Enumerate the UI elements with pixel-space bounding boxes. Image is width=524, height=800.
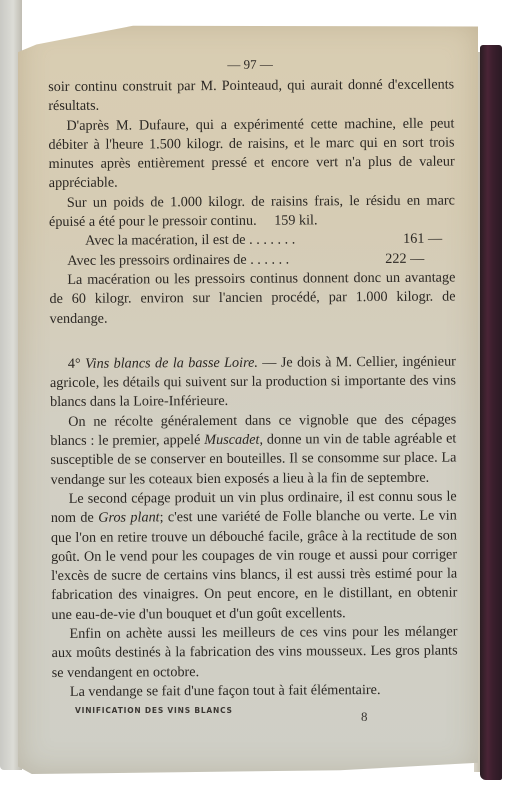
- row-label: Avec les pressoirs ordinaires de . . . .…: [67, 250, 385, 271]
- row-label: Avec la macération, il est de . . . . . …: [67, 230, 385, 251]
- book-spine: [480, 45, 502, 780]
- emphasis-gros-plant: Gros plant: [98, 510, 160, 526]
- row-value: 161 —: [385, 230, 455, 250]
- emphasis-muscadet: Muscadet: [204, 432, 259, 448]
- section-number: 4°: [68, 356, 81, 372]
- page-text: — 97 — soir continu construit par M. Poi…: [48, 56, 458, 703]
- table-row: Avec la macération, il est de . . . . . …: [49, 230, 455, 252]
- section-4-paragraph: 4° Vins blancs de la basse Loire. — Je d…: [50, 352, 456, 412]
- paragraph-8: Enfin on achète aussi les meilleurs de c…: [51, 623, 457, 683]
- page-number: — 97 —: [220, 55, 280, 75]
- paragraph-1: soir continu construit par M. Pointeaud,…: [48, 76, 454, 117]
- paragraph-4: La macération ou les pressoirs continus …: [49, 268, 455, 328]
- paragraph-3-text: Sur un poids de 1.000 kilogr. de raisins…: [49, 192, 455, 230]
- paragraph-3: Sur un poids de 1.000 kilogr. de raisins…: [49, 191, 455, 232]
- paragraph-3-value: 159 kil.: [274, 212, 317, 228]
- section-title: Vins blancs de la basse Loire.: [85, 355, 258, 372]
- paragraph-6: On ne récolte généralement dans ce vigno…: [50, 410, 456, 490]
- row-value: 222 —: [385, 249, 455, 269]
- table-row: Avec les pressoirs ordinaires de . . . .…: [49, 249, 455, 271]
- paragraph-7: Le second cépage produit un vin plus ord…: [51, 487, 458, 625]
- running-footer: VINIFICATION DES VINS BLANCS: [75, 706, 233, 715]
- paragraph-2: D'après M. Dufaure, qui a expérimenté ce…: [48, 114, 454, 194]
- paragraph-9: La vendange se fait d'une façon tout à f…: [52, 680, 458, 702]
- signature-mark: 8: [361, 709, 368, 725]
